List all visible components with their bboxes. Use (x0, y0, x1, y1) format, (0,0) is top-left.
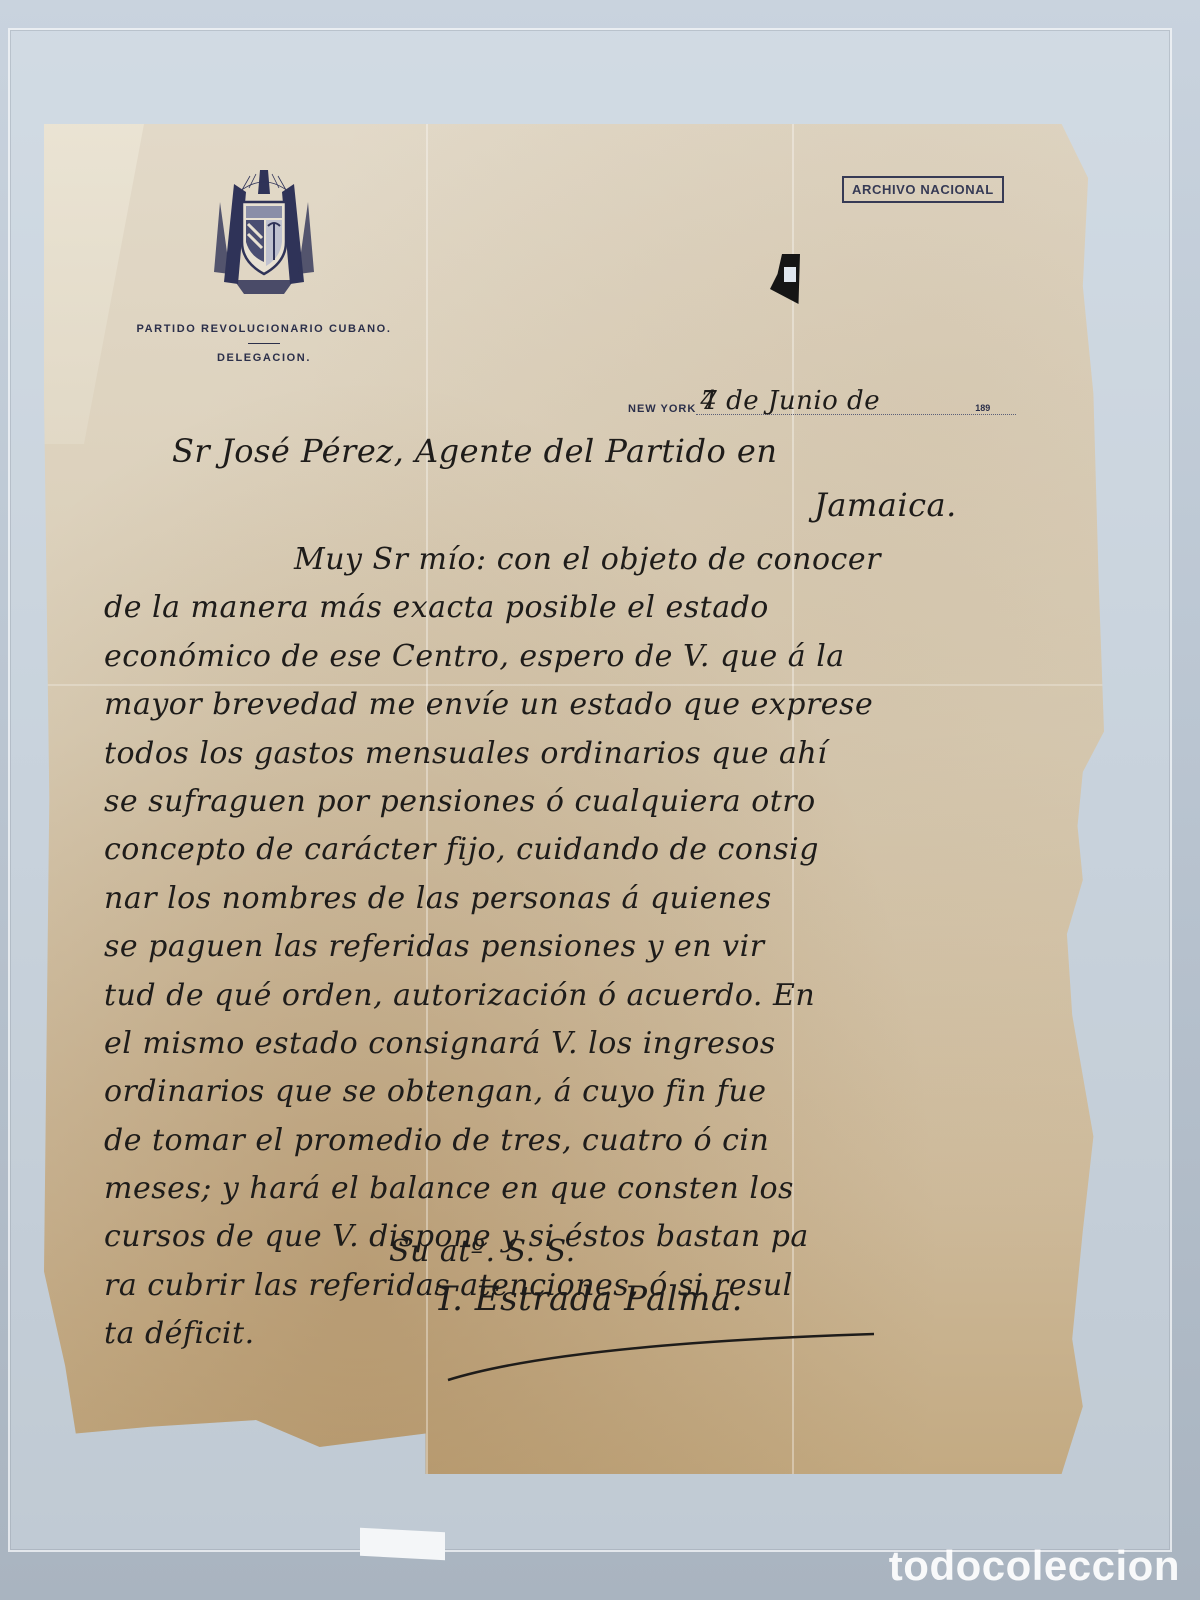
body-line: se sufraguen por pensiones ó cualquiera … (104, 784, 1094, 832)
divider (248, 343, 280, 344)
city-label: NEW YORK (628, 403, 696, 415)
archive-stamp: ARCHIVO NACIONAL (842, 176, 1004, 203)
recipient-line: Sr José Pérez, Agente del Partido en (172, 432, 777, 470)
letter-paper: PARTIDO REVOLUCIONARIO CUBANO. DELEGACIO… (44, 124, 1104, 1474)
signature-flourish-icon (444, 1324, 884, 1384)
signature: T. Estrada Palma. (434, 1279, 743, 1319)
body-line: nar los nombres de las personas á quiene… (104, 881, 1094, 929)
closing: Su atº. S. S. (389, 1234, 576, 1269)
coat-of-arms-icon (194, 162, 334, 302)
body-line: ordinarios que se obtengan, á cuyo fin f… (104, 1074, 1094, 1122)
watermark-logo: todocoleccion (889, 1542, 1180, 1590)
body-line: se paguen las referidas pensiones y en v… (104, 929, 1094, 977)
recipient-location: Jamaica. (814, 486, 957, 524)
body-line: concepto de carácter fijo, cuidando de c… (104, 832, 1094, 880)
letterhead: PARTIDO REVOLUCIONARIO CUBANO. DELEGACIO… (114, 162, 414, 364)
year-suffix: 7 (700, 386, 1016, 416)
body-line: tud de qué orden, autorización ó acuerdo… (104, 978, 1094, 1026)
body-line: el mismo estado consignará V. los ingres… (104, 1026, 1094, 1074)
organization-name: PARTIDO REVOLUCIONARIO CUBANO. (114, 323, 414, 335)
body-line: económico de ese Centro, espero de V. qu… (104, 639, 1094, 687)
body-line: de la manera más exacta posible el estad… (104, 590, 1094, 638)
letter-body: Muy Sr mío: con el objeto de conocer de … (104, 542, 1094, 1365)
paper-scrap (360, 1528, 445, 1560)
body-line: Muy Sr mío: con el objeto de conocer (104, 542, 1094, 590)
body-line: todos los gastos mensuales ordinarios qu… (104, 736, 1094, 784)
body-line: de tomar el promedio de tres, cuatro ó c… (104, 1123, 1094, 1171)
dateline: NEW YORK 4 de Junio de 189 7 (628, 398, 1016, 415)
date-field: 4 de Junio de 189 7 (696, 398, 1016, 415)
body-line: meses; y hará el balance en que consten … (104, 1171, 1094, 1219)
body-line: cursos de que V. dispone y si éstos bast… (104, 1219, 1094, 1267)
body-line: mayor brevedad me envíe un estado que ex… (104, 687, 1094, 735)
department-name: DELEGACION. (114, 352, 414, 364)
